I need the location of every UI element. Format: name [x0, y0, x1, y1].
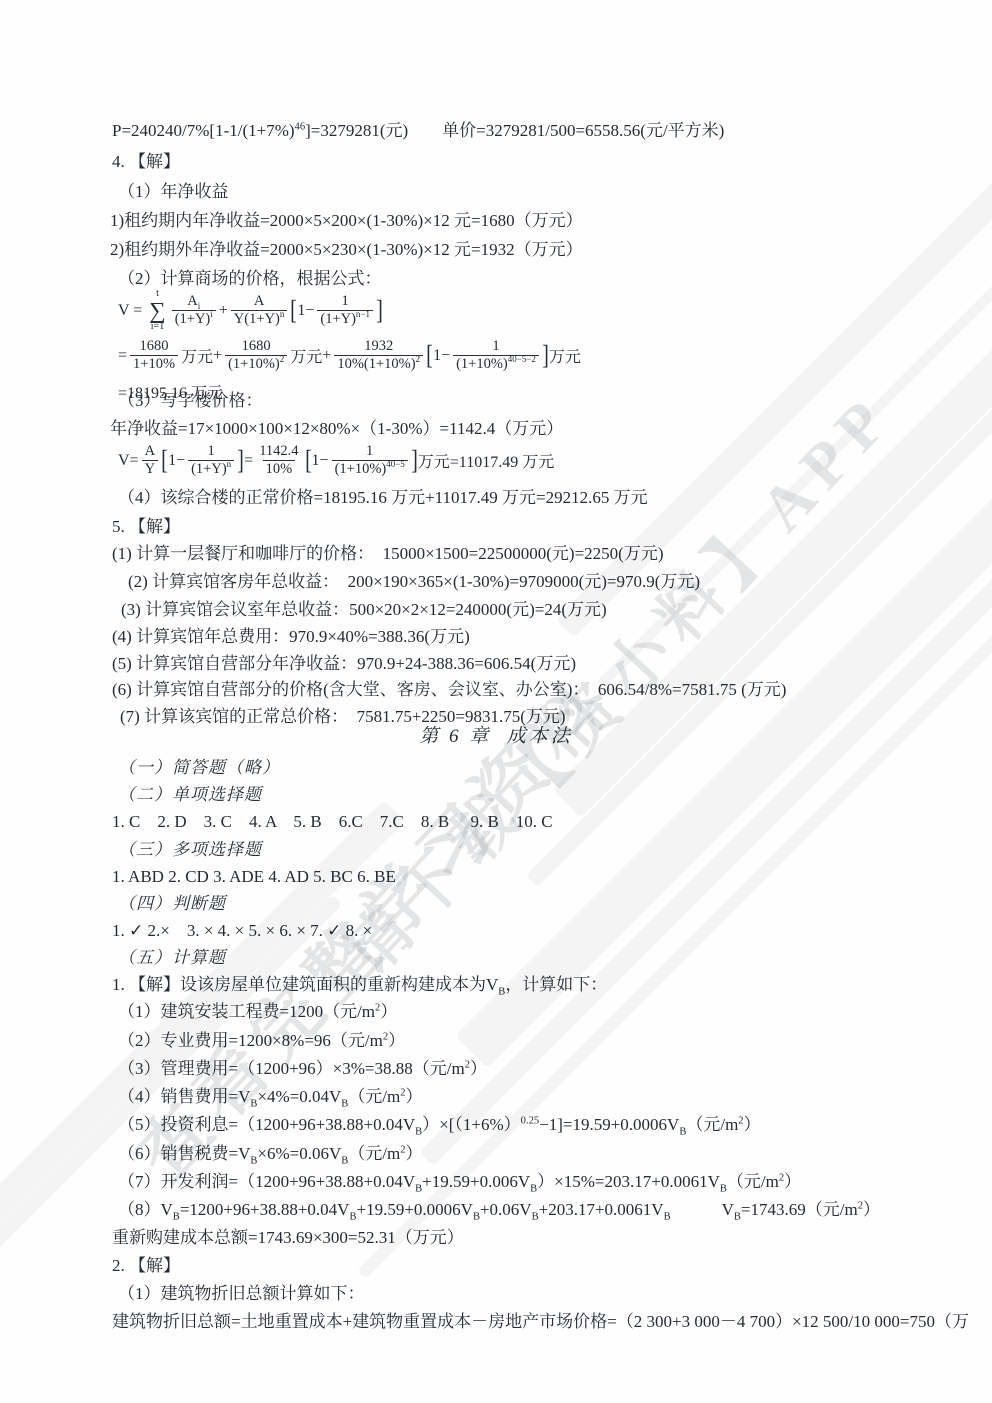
- plus-operator: +: [322, 347, 331, 365]
- calc2-step1-title: （1）建筑物折旧总额计算如下：: [118, 1283, 365, 1305]
- scanned-answer-page: 查看完整学习资料 请下载【资小料】APP P=240240/7%[1-1/(1+…: [0, 0, 992, 1403]
- right-bracket: ]: [237, 447, 244, 474]
- section-1-short-answer: （一）简答题（略）: [118, 757, 280, 779]
- sol5-item7: (7) 计算该宾馆的正常总价格： 7581.75+2250=9831.75(万元…: [120, 706, 566, 728]
- formula-row-symbolic: V = t ∑ i=1 Ai (1+Y)i + A Y(1+Y)n [ 1− 1…: [118, 289, 383, 332]
- fraction: 1 (1+Y)n: [188, 443, 234, 479]
- right-bracket: ]: [411, 447, 418, 474]
- office-value-formula: V= A Y [ 1− 1 (1+Y)n ] = 1142.4 10% [ 1−…: [118, 443, 554, 479]
- fraction: 1142.4 10%: [256, 443, 301, 479]
- sol5-item6: (6) 计算宾馆自营部分的价格(含大堂、客房、会议室、办公室)： 606.54/…: [112, 679, 786, 701]
- formula-result: 万元=11017.49 万元: [418, 449, 554, 472]
- multi-choice-answers: 1. ABD 2. CD 3. ADE 4. AD 5. BC 6. BE: [112, 866, 396, 888]
- calc1-item3: （3）管理费用=（1200+96）×3%=38.88（元/m2）: [118, 1058, 487, 1080]
- fraction: 1 (1+10%)40−5: [332, 443, 408, 479]
- office-income-line: 年净收益=17×1000×100×12×80%×（1-30%）=1142.4（万…: [110, 418, 563, 440]
- fraction: 1932 10%(1+10%)2: [334, 338, 423, 374]
- section-4-true-false: （四）判断题: [118, 893, 226, 915]
- plus-operator: +: [219, 302, 228, 320]
- mall-value-formula: V = t ∑ i=1 Ai (1+Y)i + A Y(1+Y)n [ 1− 1…: [118, 286, 581, 406]
- single-choice-answers: 1. C 2. D 3. C 4. A 5. B 6.C 7.C 8. B 9.…: [112, 811, 553, 833]
- sol5-item2: (2) 计算宾馆客房年总收益： 200×190×365×(1-30%)=9709…: [128, 571, 700, 593]
- right-bracket: ]: [542, 342, 549, 369]
- calc1-item1: （1）建筑安装工程费=1200（元/m2）: [118, 1001, 397, 1023]
- calc1-item6: （6）销售税费=VB×6%=0.06VB（元/m2）: [118, 1143, 423, 1165]
- calc2-depreciation-line: 建筑物折旧总额=土地重置成本+建筑物重置成本－房地产市场价格=（2 300+3 …: [112, 1311, 969, 1333]
- fraction: 1 (1+10%)40−5−2: [453, 338, 539, 374]
- formula-row-numeric: = 1680 1+10% 万元 + 1680 (1+10%)2 万元 + 193…: [118, 338, 581, 374]
- sol5-item3: (3) 计算宾馆会议室年总收益：500×20×2×12=240000(元)=24…: [121, 599, 607, 621]
- sol4-lease-out-line: 2)租约期外年净收益=2000×5×230×(1-30%)×12 元=1932（…: [110, 239, 583, 261]
- plus-operator: +: [213, 347, 222, 365]
- formula-lhs: V=: [118, 452, 139, 470]
- sol5-item5: (5) 计算宾馆自营部分年净收益：970.9+24-388.36=606.54(…: [112, 653, 576, 675]
- left-bracket: [: [305, 447, 312, 474]
- fraction: 1680 1+10%: [130, 338, 178, 374]
- left-bracket: [: [161, 447, 168, 474]
- sol4-lease-in-line: 1)租约期内年净收益=2000×5×200×(1-30%)×12 元=1680（…: [110, 210, 583, 232]
- summation-symbol: t ∑ i=1: [149, 289, 165, 332]
- left-bracket: [: [290, 297, 297, 324]
- equals-operator: =: [244, 452, 253, 470]
- unit-label: 万元: [181, 344, 213, 367]
- bracket-inner: 1−: [297, 302, 314, 320]
- solution-5-label: 5. 【解】: [112, 516, 180, 538]
- sum-lower-limit: i=1: [151, 322, 164, 332]
- sol5-item4: (4) 计算宾馆年总费用：970.9×40%=388.36(万元): [112, 626, 470, 648]
- calc1-item7: （7）开发利润=（1200+96+38.88+0.04VB+19.59+0.00…: [118, 1171, 801, 1193]
- section-2-single-choice: （二）单项选择题: [118, 784, 262, 806]
- fraction: Ai (1+Y)i: [172, 293, 216, 329]
- unit-label: 万元: [549, 344, 581, 367]
- section-5-calculation: （五）计算题: [118, 947, 226, 969]
- calc1-item2: （2）专业费用=1200×8%=96（元/m2）: [118, 1030, 405, 1052]
- fraction: 1 (1+Y)n−1: [317, 293, 373, 329]
- solution-4-label: 4. 【解】: [112, 151, 180, 173]
- calc1-item8: （8）VB=1200+96+38.88+0.04VB+19.59+0.0006V…: [118, 1199, 880, 1221]
- formula-lhs: V =: [118, 302, 146, 320]
- bracket-inner: 1−: [433, 347, 450, 365]
- sol4-step4-total: （4）该综合楼的正常价格=18195.16 万元+11017.49 万元=292…: [118, 487, 648, 509]
- chapter-6-heading: 第 6 章 成本法: [0, 726, 992, 748]
- calc2-solution-label: 2. 【解】: [112, 1255, 180, 1277]
- bracket-inner: 1−: [312, 452, 329, 470]
- bracket-inner: 1−: [168, 452, 185, 470]
- fraction: A Y(1+Y)n: [231, 293, 288, 329]
- calc1-solution-intro: 1. 【解】设该房屋单位建筑面积的重新构建成本为VB，计算如下：: [112, 974, 607, 996]
- calc1-item5: （5）投资利息=（1200+96+38.88+0.04VB）×[（1+6%）0.…: [118, 1114, 761, 1136]
- sigma-icon: ∑: [149, 299, 165, 322]
- section-3-multi-choice: （三）多项选择题: [118, 839, 262, 861]
- unit-label: 万元: [290, 344, 322, 367]
- sol4-step1-title: （1）年净收益: [118, 181, 229, 203]
- sol5-item1: (1) 计算一层餐厅和咖啡厅的价格： 15000×1500=22500000(元…: [112, 543, 663, 565]
- true-false-answers: 1. ✓ 2.× 3. × 4. × 5. × 6. × 7. ✓ 8. ×: [112, 920, 372, 942]
- npv-unit-price-line: P=240240/7%[1-1/(1+7%)46]=3279281(元) 单价=…: [112, 120, 724, 142]
- fraction: 1680 (1+10%)2: [225, 338, 287, 374]
- calc1-item4: （4）销售费用=VB×4%=0.04VB（元/m2）: [118, 1086, 423, 1108]
- calc1-total-cost: 重新购建成本总额=1743.69×300=52.31（万元）: [112, 1227, 464, 1249]
- right-bracket: ]: [376, 297, 383, 324]
- left-bracket: [: [426, 342, 433, 369]
- fraction: A Y: [142, 443, 158, 479]
- sol4-step3-title: （3）写字楼价格：: [118, 390, 263, 412]
